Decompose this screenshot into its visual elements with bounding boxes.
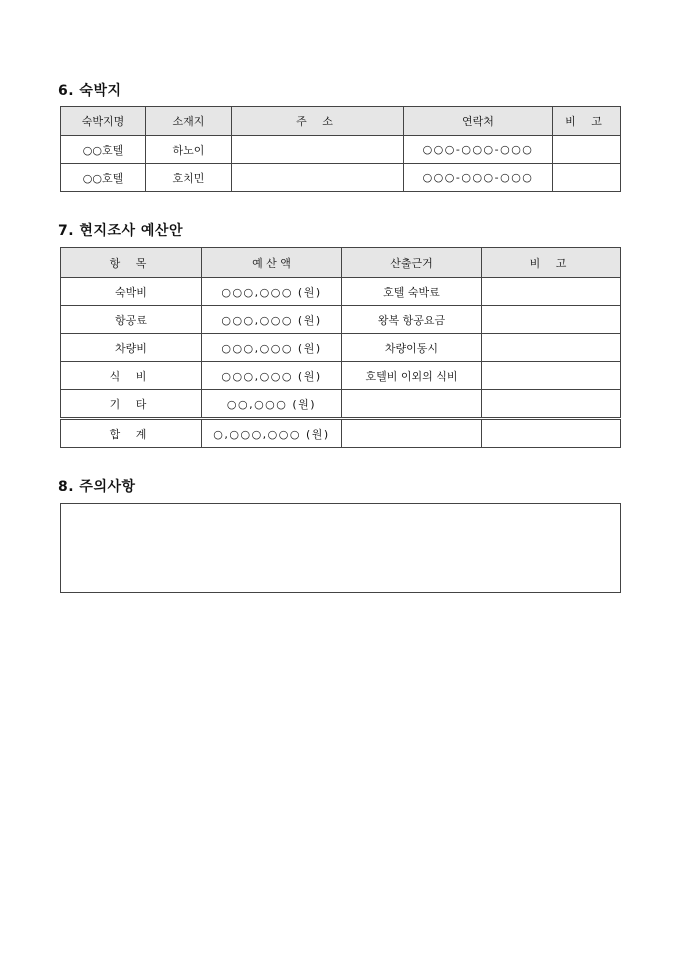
amount-cell[interactable]: ○○○,○○○ (원) bbox=[202, 278, 342, 306]
total-label-cell: 합 계 bbox=[61, 419, 202, 448]
basis-cell[interactable]: 호텔 숙박료 bbox=[342, 278, 482, 306]
item-cell[interactable]: 숙박비 bbox=[61, 278, 202, 306]
item-cell[interactable]: 식 비 bbox=[61, 362, 202, 390]
header-contact: 연락처 bbox=[404, 107, 553, 136]
address-cell[interactable] bbox=[232, 164, 404, 192]
location-cell[interactable]: 호치민 bbox=[146, 164, 232, 192]
header-location: 소재지 bbox=[146, 107, 232, 136]
table-row: 기 타 ○○,○○○ (원) bbox=[61, 390, 621, 419]
address-cell[interactable] bbox=[232, 136, 404, 164]
header-note: 비 고 bbox=[553, 107, 621, 136]
location-cell[interactable]: 하노이 bbox=[146, 136, 232, 164]
table-row: 식 비 ○○○,○○○ (원) 호텔비 이외의 식비 bbox=[61, 362, 621, 390]
table-row: ○○호텔 호치민 ○○○-○○○-○○○ bbox=[61, 164, 621, 192]
table-header-row: 숙박지명 소재지 주 소 연락처 비 고 bbox=[61, 107, 621, 136]
lodging-table: 숙박지명 소재지 주 소 연락처 비 고 ○○호텔 하노이 ○○○-○○○-○○… bbox=[60, 106, 621, 192]
note-cell[interactable] bbox=[482, 390, 621, 419]
note-cell[interactable] bbox=[553, 136, 621, 164]
header-amount: 예 산 액 bbox=[202, 248, 342, 278]
precautions-box[interactable] bbox=[60, 503, 621, 593]
table-row: 숙박비 ○○○,○○○ (원) 호텔 숙박료 bbox=[61, 278, 621, 306]
table-row: 차량비 ○○○,○○○ (원) 차량이동시 bbox=[61, 334, 621, 362]
amount-cell[interactable]: ○○○,○○○ (원) bbox=[202, 306, 342, 334]
section-7-title: 7. 현지조사 예산안 bbox=[58, 220, 183, 240]
section-8-title: 8. 주의사항 bbox=[58, 476, 136, 496]
amount-cell[interactable]: ○○,○○○ (원) bbox=[202, 390, 342, 419]
item-cell[interactable]: 차량비 bbox=[61, 334, 202, 362]
note-cell[interactable] bbox=[482, 278, 621, 306]
total-amount-cell[interactable]: ○,○○○,○○○ (원) bbox=[202, 419, 342, 448]
header-address: 주 소 bbox=[232, 107, 404, 136]
item-cell[interactable]: 기 타 bbox=[61, 390, 202, 419]
amount-cell[interactable]: ○○○,○○○ (원) bbox=[202, 362, 342, 390]
header-item: 항 목 bbox=[61, 248, 202, 278]
lodging-name-cell[interactable]: ○○호텔 bbox=[61, 136, 146, 164]
header-note: 비 고 bbox=[482, 248, 621, 278]
basis-cell[interactable]: 차량이동시 bbox=[342, 334, 482, 362]
basis-cell[interactable] bbox=[342, 390, 482, 419]
lodging-name-cell[interactable]: ○○호텔 bbox=[61, 164, 146, 192]
table-row: ○○호텔 하노이 ○○○-○○○-○○○ bbox=[61, 136, 621, 164]
table-header-row: 항 목 예 산 액 산출근거 비 고 bbox=[61, 248, 621, 278]
table-row: 항공료 ○○○,○○○ (원) 왕복 항공요금 bbox=[61, 306, 621, 334]
amount-cell[interactable]: ○○○,○○○ (원) bbox=[202, 334, 342, 362]
contact-cell[interactable]: ○○○-○○○-○○○ bbox=[404, 136, 553, 164]
basis-cell[interactable]: 호텔비 이외의 식비 bbox=[342, 362, 482, 390]
header-basis: 산출근거 bbox=[342, 248, 482, 278]
note-cell[interactable] bbox=[553, 164, 621, 192]
contact-cell[interactable]: ○○○-○○○-○○○ bbox=[404, 164, 553, 192]
item-cell[interactable]: 항공료 bbox=[61, 306, 202, 334]
section-6-title: 6. 숙박지 bbox=[58, 80, 122, 100]
total-note-cell[interactable] bbox=[482, 419, 621, 448]
note-cell[interactable] bbox=[482, 306, 621, 334]
note-cell[interactable] bbox=[482, 362, 621, 390]
budget-table: 항 목 예 산 액 산출근거 비 고 숙박비 ○○○,○○○ (원) 호텔 숙박… bbox=[60, 247, 621, 448]
total-row: 합 계 ○,○○○,○○○ (원) bbox=[61, 419, 621, 448]
header-lodging-name: 숙박지명 bbox=[61, 107, 146, 136]
basis-cell[interactable]: 왕복 항공요금 bbox=[342, 306, 482, 334]
note-cell[interactable] bbox=[482, 334, 621, 362]
total-basis-cell[interactable] bbox=[342, 419, 482, 448]
